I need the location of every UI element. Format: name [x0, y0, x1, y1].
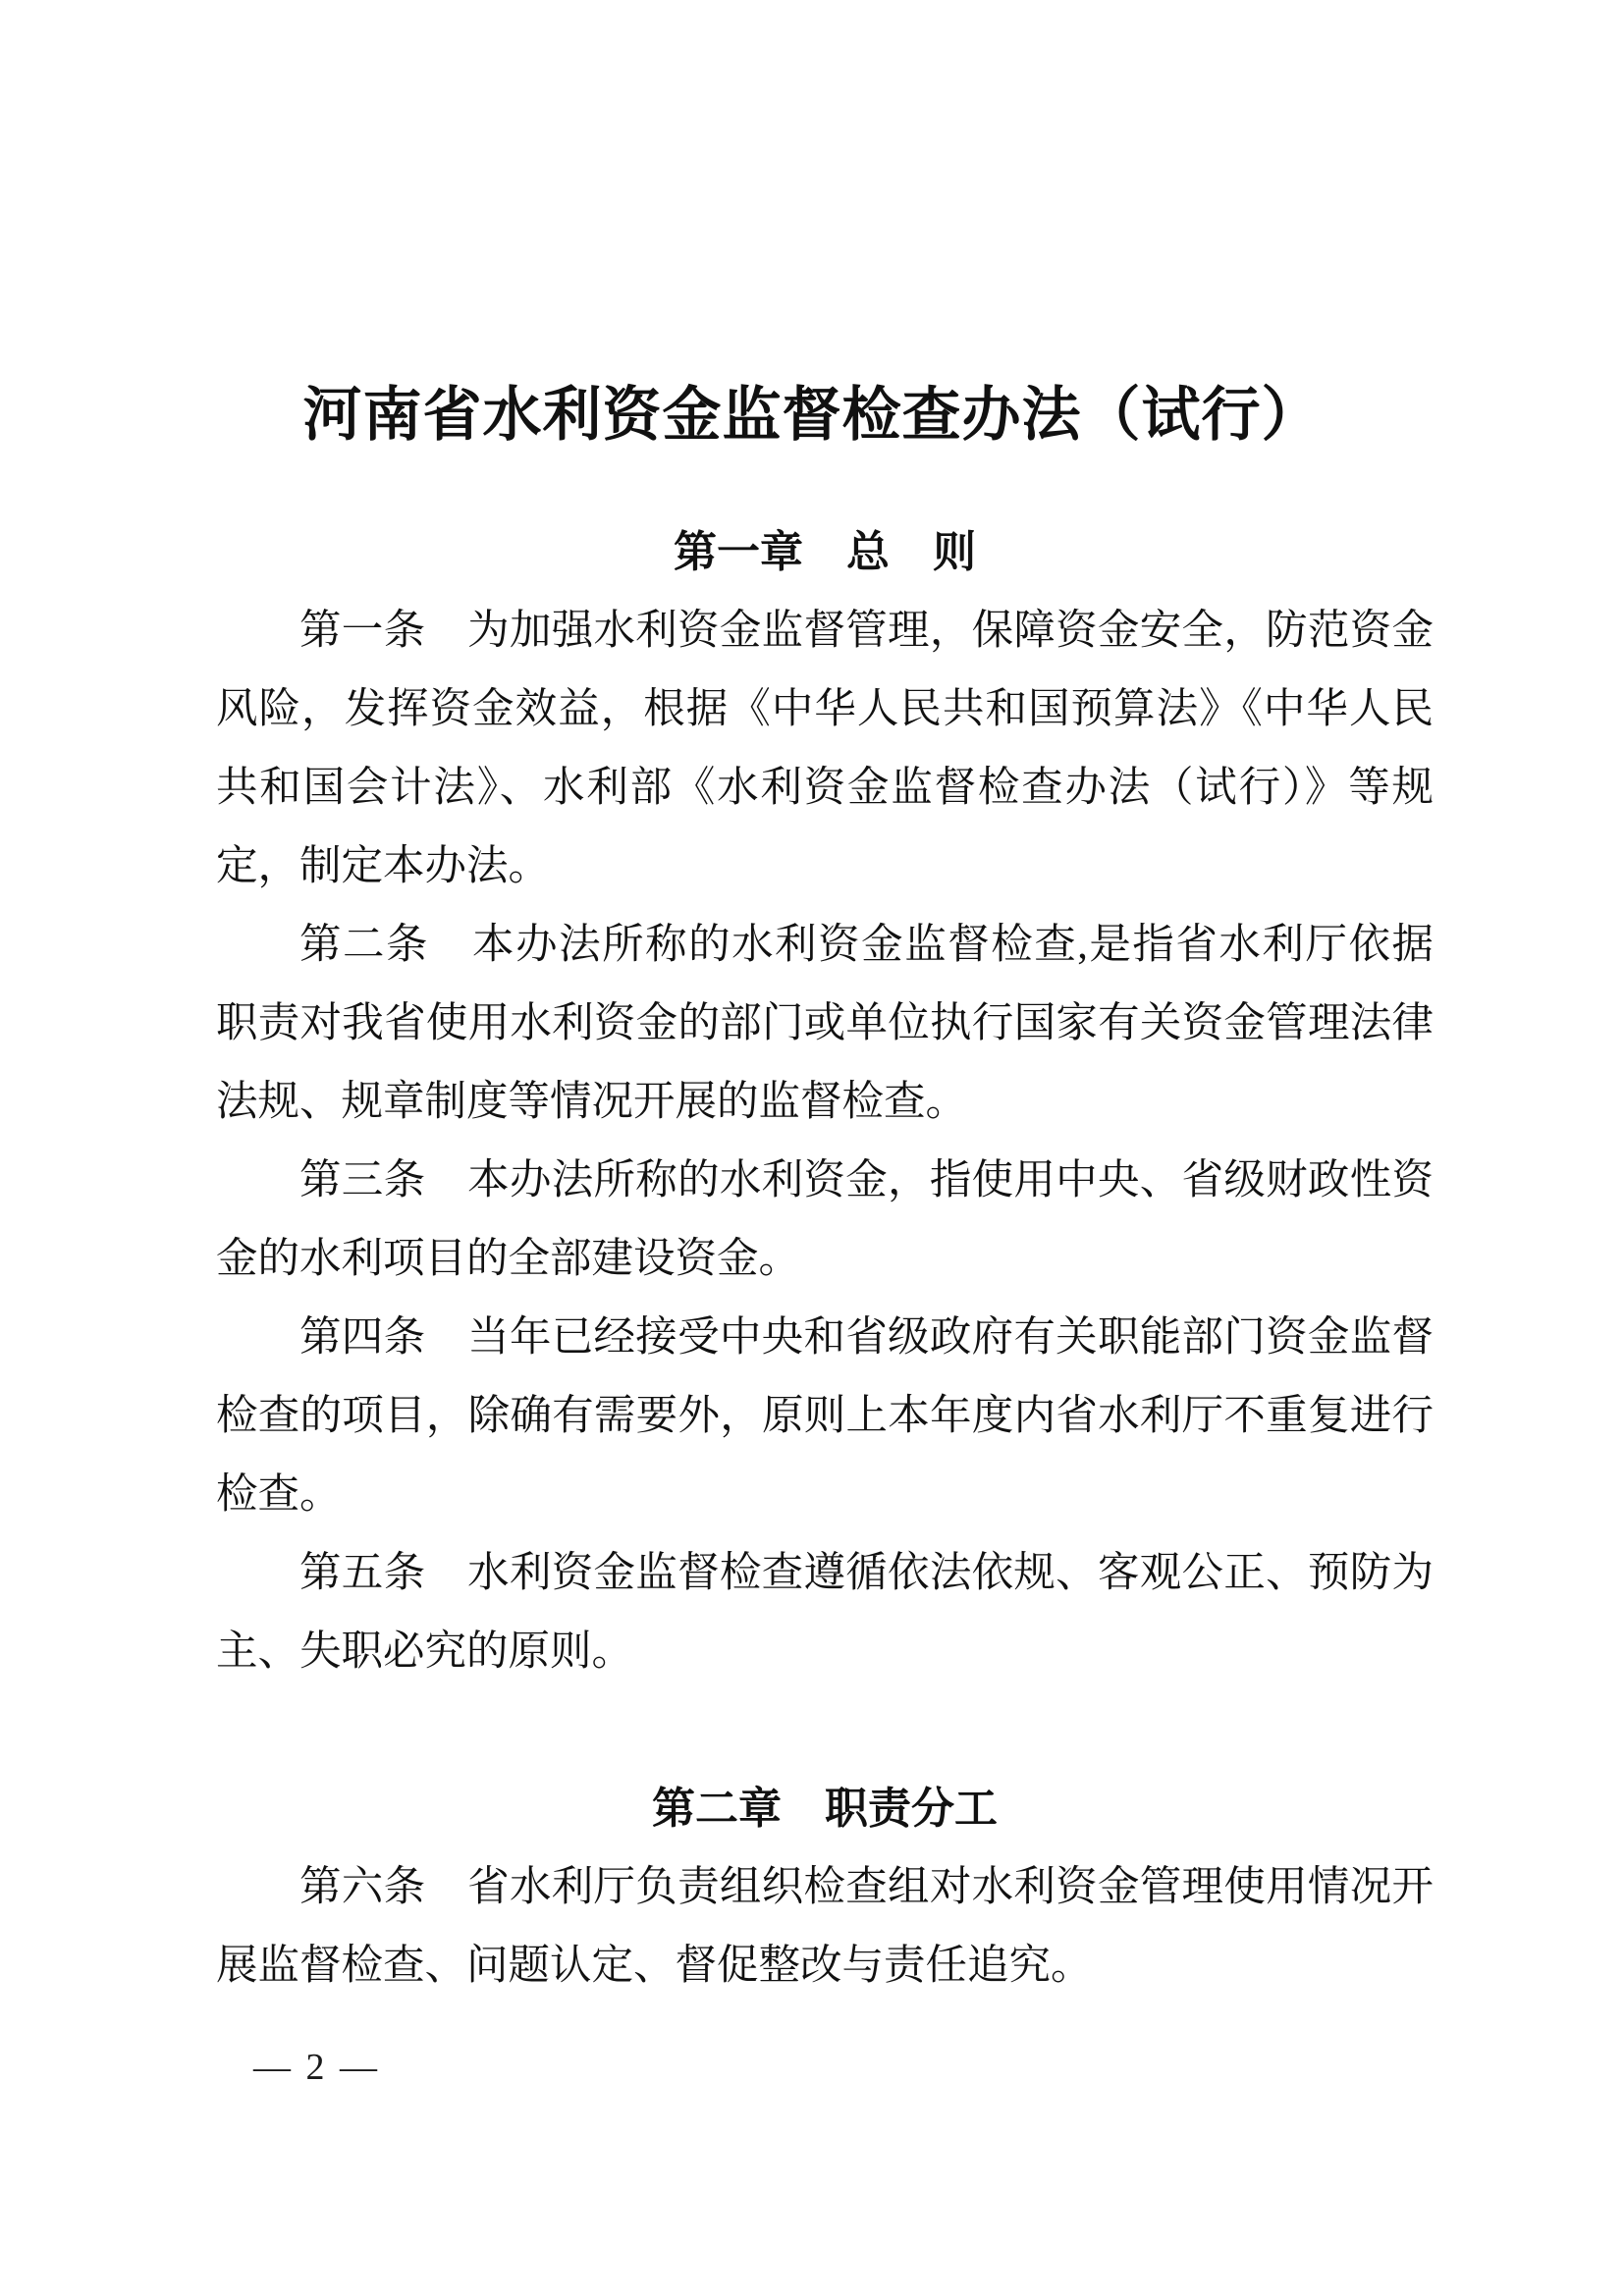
article-2-paragraph: 第二条 本办法所称的水利资金监督检查,是指省水利厅依据职责对我省使用水利资金的部… [216, 906, 1434, 1142]
chapter-1-heading: 第一章 总 则 [216, 513, 1434, 592]
document-title: 河南省水利资金监督检查办法（试行） [0, 383, 1624, 448]
document-body: 第一章 总 则 第一条 为加强水利资金监督管理，保障资金安全，防范资金风险，发挥… [216, 513, 1434, 2005]
article-5-paragraph: 第五条 水利资金监督检查遵循依法依规、客观公正、预防为主、失职必究的原则。 [216, 1534, 1434, 1691]
page-number: — 2 — [253, 2044, 380, 2091]
article-3-paragraph: 第三条 本办法所称的水利资金，指使用中央、省级财政性资金的水利项目的全部建设资金… [216, 1142, 1434, 1299]
chapter-2-heading: 第二章 职责分工 [216, 1770, 1434, 1848]
article-4-paragraph: 第四条 当年已经接受中央和省级政府有关职能部门资金监督检查的项目，除确有需要外，… [216, 1299, 1434, 1534]
document-page: 河南省水利资金监督检查办法（试行） 第一章 总 则 第一条 为加强水利资金监督管… [0, 0, 1624, 2296]
article-6-paragraph: 第六条 省水利厅负责组织检查组对水利资金管理使用情况开展监督检查、问题认定、督促… [216, 1848, 1434, 2005]
article-1-paragraph: 第一条 为加强水利资金监督管理，保障资金安全，防范资金风险，发挥资金效益，根据《… [216, 592, 1434, 906]
